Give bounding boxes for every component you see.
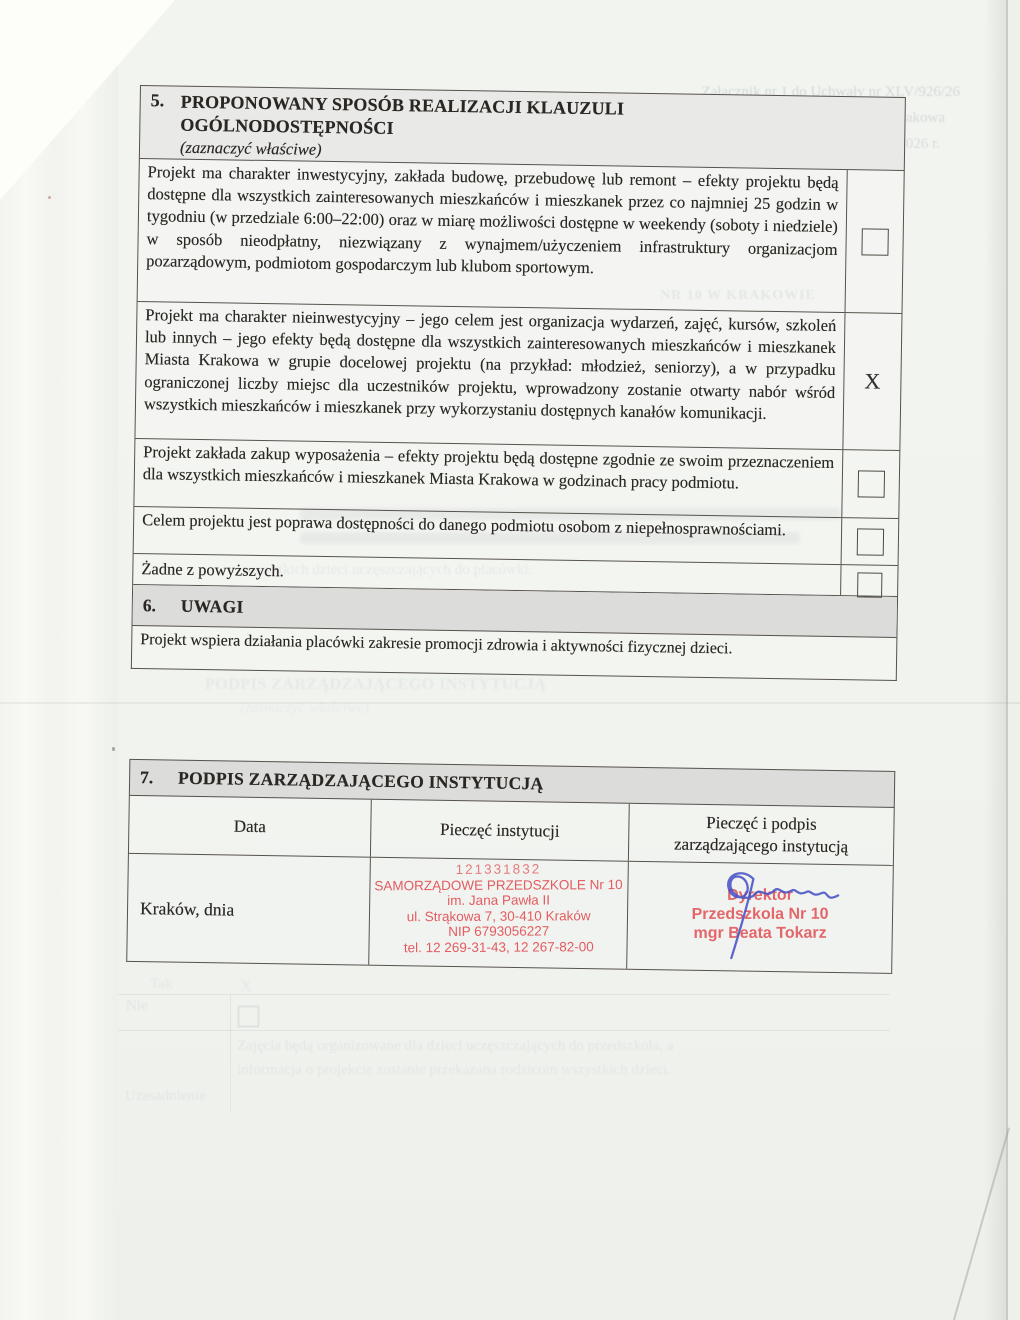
option-mark-cell [841, 450, 899, 518]
checkbox-empty [857, 572, 882, 597]
signature-table: Data Pieczęć instytucji Pieczęć i podpis… [126, 796, 895, 974]
paper-edge-shadow [984, 0, 1006, 1320]
ghost-tak-label: Tak [150, 976, 172, 993]
checkbox-x-mark: X [864, 370, 880, 392]
remarks-text: Projekt wspiera działania placówki zakre… [140, 631, 732, 657]
signature-cell: Dyrektor Przedszkola Nr 10 mgr Beata Tok… [626, 862, 893, 973]
ghost-uzasadnienie-label: Uzasadnienie [125, 1088, 206, 1105]
paper-speck [112, 747, 115, 751]
ghost-checkbox [238, 1006, 259, 1027]
ghost-nie-label: Nie [126, 998, 148, 1015]
checkbox-empty [856, 528, 883, 555]
column-header-date: Data [129, 796, 371, 857]
section-5-number: 5. [150, 90, 181, 158]
ghost-table-line [118, 1030, 890, 1031]
date-cell: Kraków, dnia [127, 854, 370, 965]
institution-stamp: 121331832 SAMORZĄDOWE PRZEDSZKOLE Nr 10 … [370, 861, 627, 955]
scanner-edge-strip [0, 0, 118, 1320]
stamp-patron: im. Jana Pawła II [370, 892, 627, 909]
handwritten-signature [655, 864, 877, 971]
option-text: Projekt ma charakter nieinwestycyjny – j… [135, 302, 844, 449]
section-6-number: 6. [143, 595, 173, 616]
paper-edge-outer [1008, 0, 1020, 1320]
section-7-title: PODPIS ZARZĄDZAJĄCEGO INSTYTUCJĄ [178, 768, 544, 795]
option-row-investment: Projekt ma charakter inwestycyjny, zakła… [138, 159, 904, 314]
stamp-regon: 121331832 [370, 861, 627, 878]
option-text: Projekt ma charakter inwestycyjny, zakła… [138, 159, 847, 312]
institution-stamp-cell: 121331832 SAMORZĄDOWE PRZEDSZKOLE Nr 10 … [368, 858, 628, 969]
section-5-title-block: PROPONOWANY SPOSÓB REALIZACJI KLAUZULI O… [180, 91, 625, 166]
option-row-equipment: Projekt zakłada zakup wyposażenia – efek… [134, 439, 899, 519]
ghost-justification-line: informacja o projekcie zostanie przekaza… [237, 1062, 671, 1079]
ghost-justification-line: Zajęcia będą organizowane dla dzieci ucz… [237, 1038, 674, 1055]
section-5-header: 5. PROPONOWANY SPOSÓB REALIZACJI KLAUZUL… [139, 85, 906, 171]
section-6-title: UWAGI [181, 595, 244, 617]
ghost-tak-mark: X [240, 978, 252, 996]
checkbox-empty [861, 228, 888, 255]
ghost-table-line [118, 994, 890, 995]
signature-table-data-row: Kraków, dnia 121331832 SAMORZĄDOWE PRZED… [127, 854, 893, 973]
stamp-nip: NIP 6793056227 [370, 923, 627, 940]
column-header-institution-stamp: Pieczęć instytucji [370, 800, 629, 861]
scanned-page: Załącznik nr 1 do Uchwały nr XLV/926/26 … [0, 0, 1020, 1320]
option-mark-cell [840, 565, 897, 596]
column-header-signature-line1: Pieczęć i podpis [706, 811, 817, 835]
column-header-signature: Pieczęć i podpis zarządzającego instytuc… [628, 804, 894, 865]
column-header-signature-line2: zarządzającego instytucją [674, 833, 848, 858]
option-mark-cell: X [842, 313, 901, 450]
option-mark-cell [841, 518, 899, 565]
option-mark-cell [845, 170, 904, 313]
stamp-address: ul. Strąkowa 7, 30-410 Kraków [370, 908, 627, 925]
stamp-institution-name: SAMORZĄDOWE PRZEDSZKOLE Nr 10 [370, 877, 627, 894]
checkbox-empty [857, 470, 884, 497]
ghost-table-line [230, 995, 231, 1113]
option-row-noninvestment: Projekt ma charakter nieinwestycyjny – j… [135, 302, 901, 451]
paper-speck [48, 196, 51, 199]
option-text: Projekt zakłada zakup wyposażenia – efek… [134, 439, 842, 517]
section-7-number: 7. [140, 767, 170, 788]
form-document: 5. PROPONOWANY SPOSÓB REALIZACJI KLAUZUL… [126, 85, 906, 974]
accessibility-options-table: Projekt ma charakter inwestycyjny, zakła… [131, 159, 905, 681]
stamp-phone: tel. 12 269-31-43, 12 267-82-00 [370, 939, 627, 956]
